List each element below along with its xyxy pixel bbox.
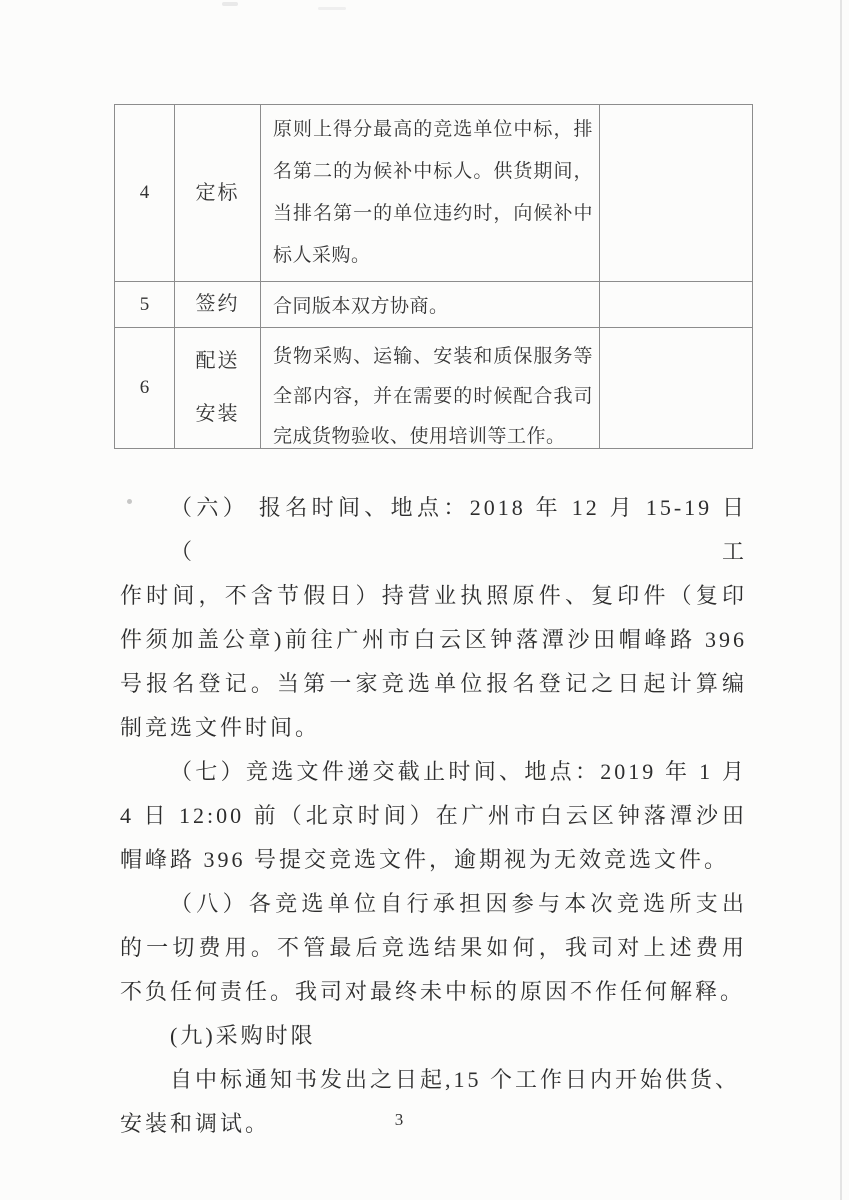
step-name-cell: 定标 [175,105,261,282]
scan-artifact-smudge [318,7,346,10]
step-number-cell: 5 [115,282,175,328]
body-text-line: 制竞选文件时间。 [120,706,747,750]
body-text-line: 安装和调试。 [120,1102,747,1146]
body-text-line: 件须加盖公章)前往广州市白云区钟落潭沙田帽峰路 396 [120,618,747,662]
body-text-line: 号报名登记。当第一家竞选单位报名登记之日起计算编 [120,662,747,706]
notice-body-text: （六） 报名时间、地点：2018 年 12 月 15-19 日（工 作时间，不含… [120,486,747,1146]
step-number-cell: 6 [115,328,175,449]
procurement-steps-table: 4 定标 原则上得分最高的竞选单位中标，排 名第二的为候补中标人。供货期间， 当… [114,104,753,449]
body-text-line: （八）各竞选单位自行承担因参与本次竞选所支出 [120,882,747,926]
step-name-cell: 配送 安装 [175,328,261,449]
body-text-line: 的一切费用。不管最后竞选结果如何，我司对上述费用 [120,926,747,970]
page-number: 3 [369,1110,429,1130]
table-desc-line: 全部内容，并在需要的时候配合我司 [273,377,593,417]
step-remark-cell [600,328,753,449]
body-text-line: 帽峰路 396 号提交竞选文件，逾期视为无效竞选文件。 [120,838,747,882]
table-desc-line: 货物采购、运输、安装和质保服务等 [273,337,593,377]
body-text-line: 作时间，不含节假日）持营业执照原件、复印件（复印 [120,574,747,618]
table-desc-line: 原则上得分最高的竞选单位中标，排 [273,109,593,151]
table-desc-line: 名第二的为候补中标人。供货期间， [273,151,593,193]
table-desc-line: 完成货物验收、使用培训等工作。 [273,417,593,449]
body-text-line: （七）竞选文件递交截止时间、地点：2019 年 1 月 [120,750,747,794]
step-name-cell: 签约 [175,282,261,328]
table-desc-line: 合同版本双方协商。 [273,291,449,318]
table-desc-line: 当排名第一的单位违约时，向候补中 [273,193,593,235]
body-text-line: 自中标通知书发出之日起,15 个工作日内开始供货、 [120,1058,747,1102]
document-page: 4 定标 原则上得分最高的竞选单位中标，排 名第二的为候补中标人。供货期间， 当… [0,0,849,1200]
body-text-line: 4 日 12:00 前（北京时间）在广州市白云区钟落潭沙田 [120,794,747,838]
table-desc-line: 标人采购。 [273,235,593,277]
step-remark-cell [600,105,753,282]
step-description-cell: 合同版本双方协商。 [261,282,600,328]
scan-edge-line [840,0,842,1200]
step-number-cell: 4 [115,105,175,282]
body-text-line: (九)采购时限 [120,1014,747,1058]
step-description-cell: 原则上得分最高的竞选单位中标，排 名第二的为候补中标人。供货期间， 当排名第一的… [261,105,600,282]
scan-artifact-smudge [222,2,238,6]
step-remark-cell [600,282,753,328]
body-text-line: 不负任何责任。我司对最终未中标的原因不作任何解释。 [120,970,747,1014]
body-text-line: （六） 报名时间、地点：2018 年 12 月 15-19 日（工 [120,486,747,574]
step-description-cell: 货物采购、运输、安装和质保服务等 全部内容，并在需要的时候配合我司 完成货物验收… [261,328,600,449]
